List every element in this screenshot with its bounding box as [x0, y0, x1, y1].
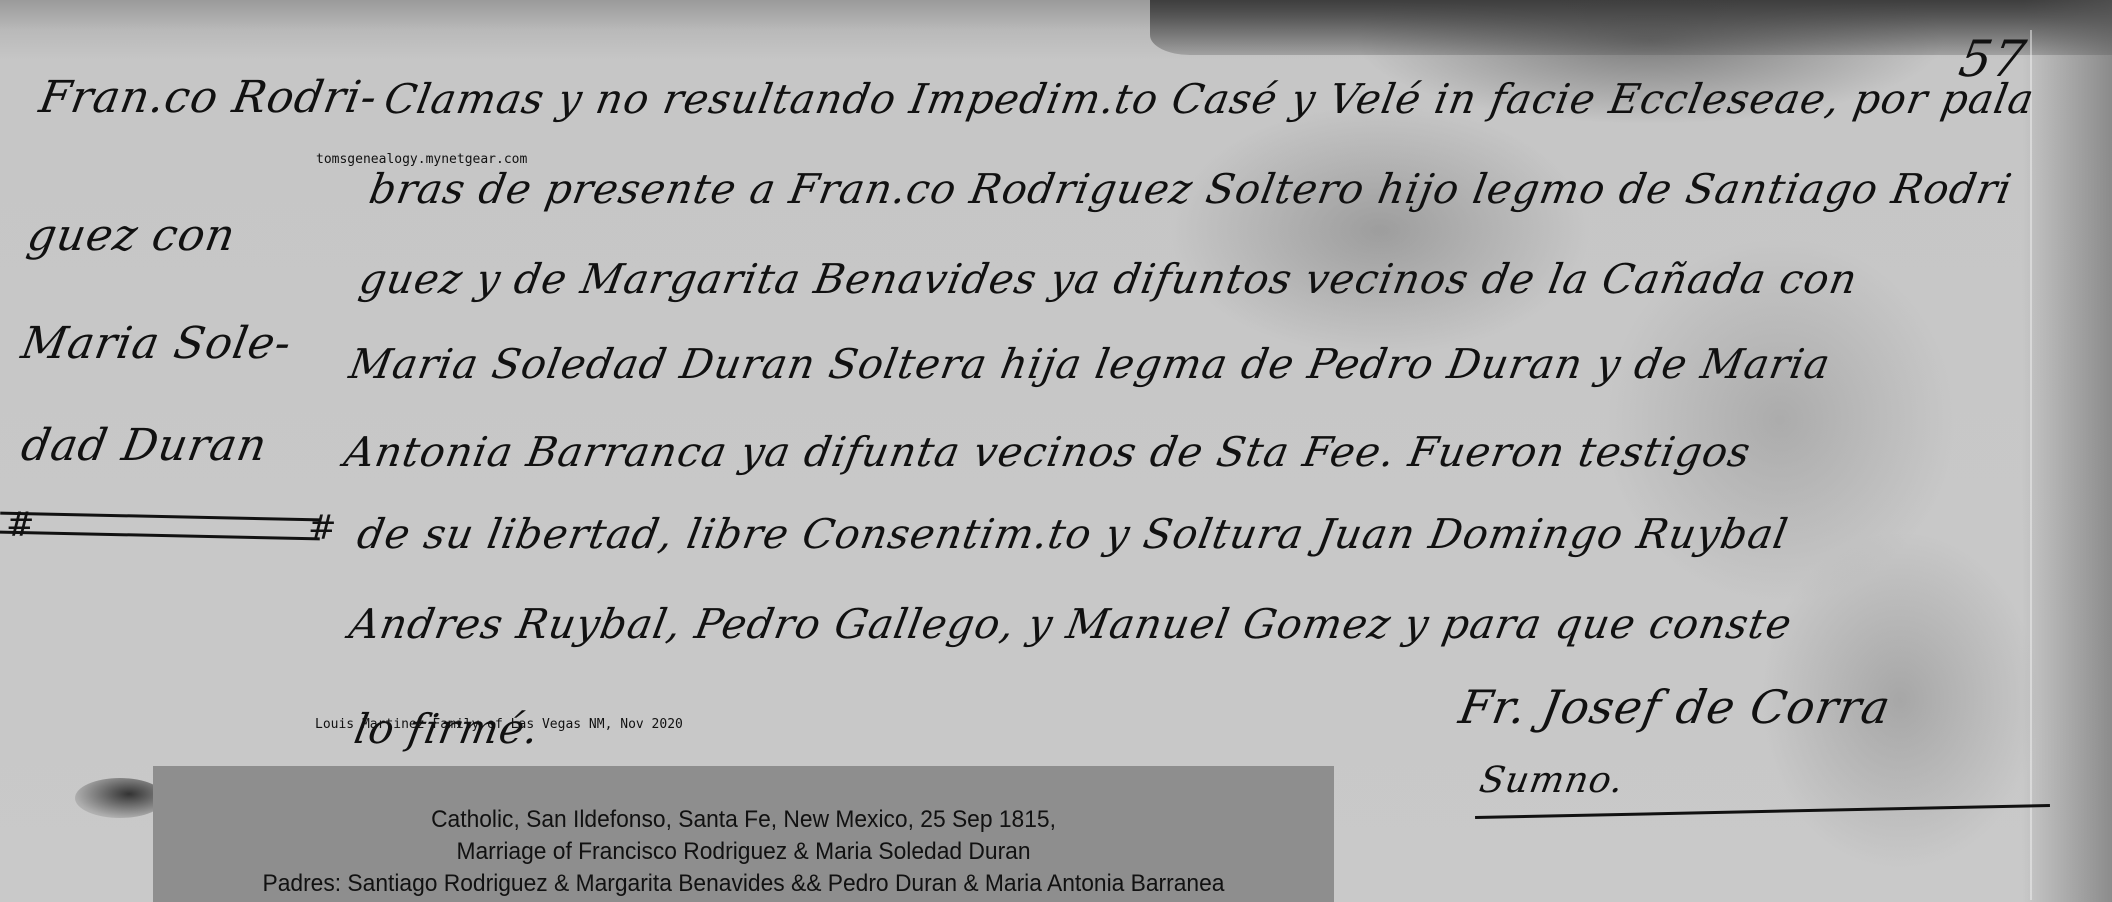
site-watermark: tomsgenealogy.mynetgear.com — [316, 152, 527, 167]
margin-note-line-3: Maria Sole- — [18, 318, 296, 369]
caption-line-2: Marriage of Francisco Rodriguez & Maria … — [183, 836, 1305, 868]
scanned-document-page: 57 Fran.co Rodri- guez con Maria Sole- d… — [0, 0, 2112, 902]
signature-line-1: Fr. Josef de Corra — [1455, 680, 1895, 734]
page-fold-line — [2030, 30, 2032, 900]
ink-blot — [75, 778, 165, 818]
body-line-7: Andres Ruybal, Pedro Gallego, y Manuel G… — [346, 600, 1796, 648]
page-edge-shadow — [2022, 0, 2112, 902]
hash-mark-right: # — [308, 508, 337, 548]
signature-line-2: Sumno. — [1476, 760, 1627, 801]
caption-line-3: Padres: Santiago Rodriguez & Margarita B… — [183, 868, 1305, 900]
caption-line-1: Catholic, San Ildefonso, Santa Fe, New M… — [183, 804, 1305, 836]
margin-note-line-1: Fran.co Rodri- — [36, 72, 382, 123]
body-line-6: de su libertad, libre Consentim.to y Sol… — [354, 510, 1792, 558]
margin-note-line-4: dad Duran — [18, 420, 272, 471]
signature-underline — [1475, 804, 2050, 819]
margin-note-line-2: guez con — [24, 210, 240, 261]
credit-watermark: Louis Martinez Family of Las Vegas NM, N… — [315, 717, 683, 732]
hash-mark-left: # — [6, 505, 35, 545]
line-filler-rule — [0, 512, 320, 541]
body-line-4: Maria Soledad Duran Soltera hija legma d… — [346, 340, 1835, 388]
body-line-2: bras de presente a Fran.co Rodriguez Sol… — [366, 165, 2016, 213]
body-line-1: Clamas y no resultando Impedim.to Casé y… — [381, 75, 2038, 123]
caption-box: Catholic, San Ildefonso, Santa Fe, New M… — [153, 766, 1334, 902]
body-line-5: Antonia Barranca ya difunta vecinos de S… — [341, 428, 1755, 476]
body-line-3: guez y de Margarita Benavides ya difunto… — [356, 255, 1862, 303]
